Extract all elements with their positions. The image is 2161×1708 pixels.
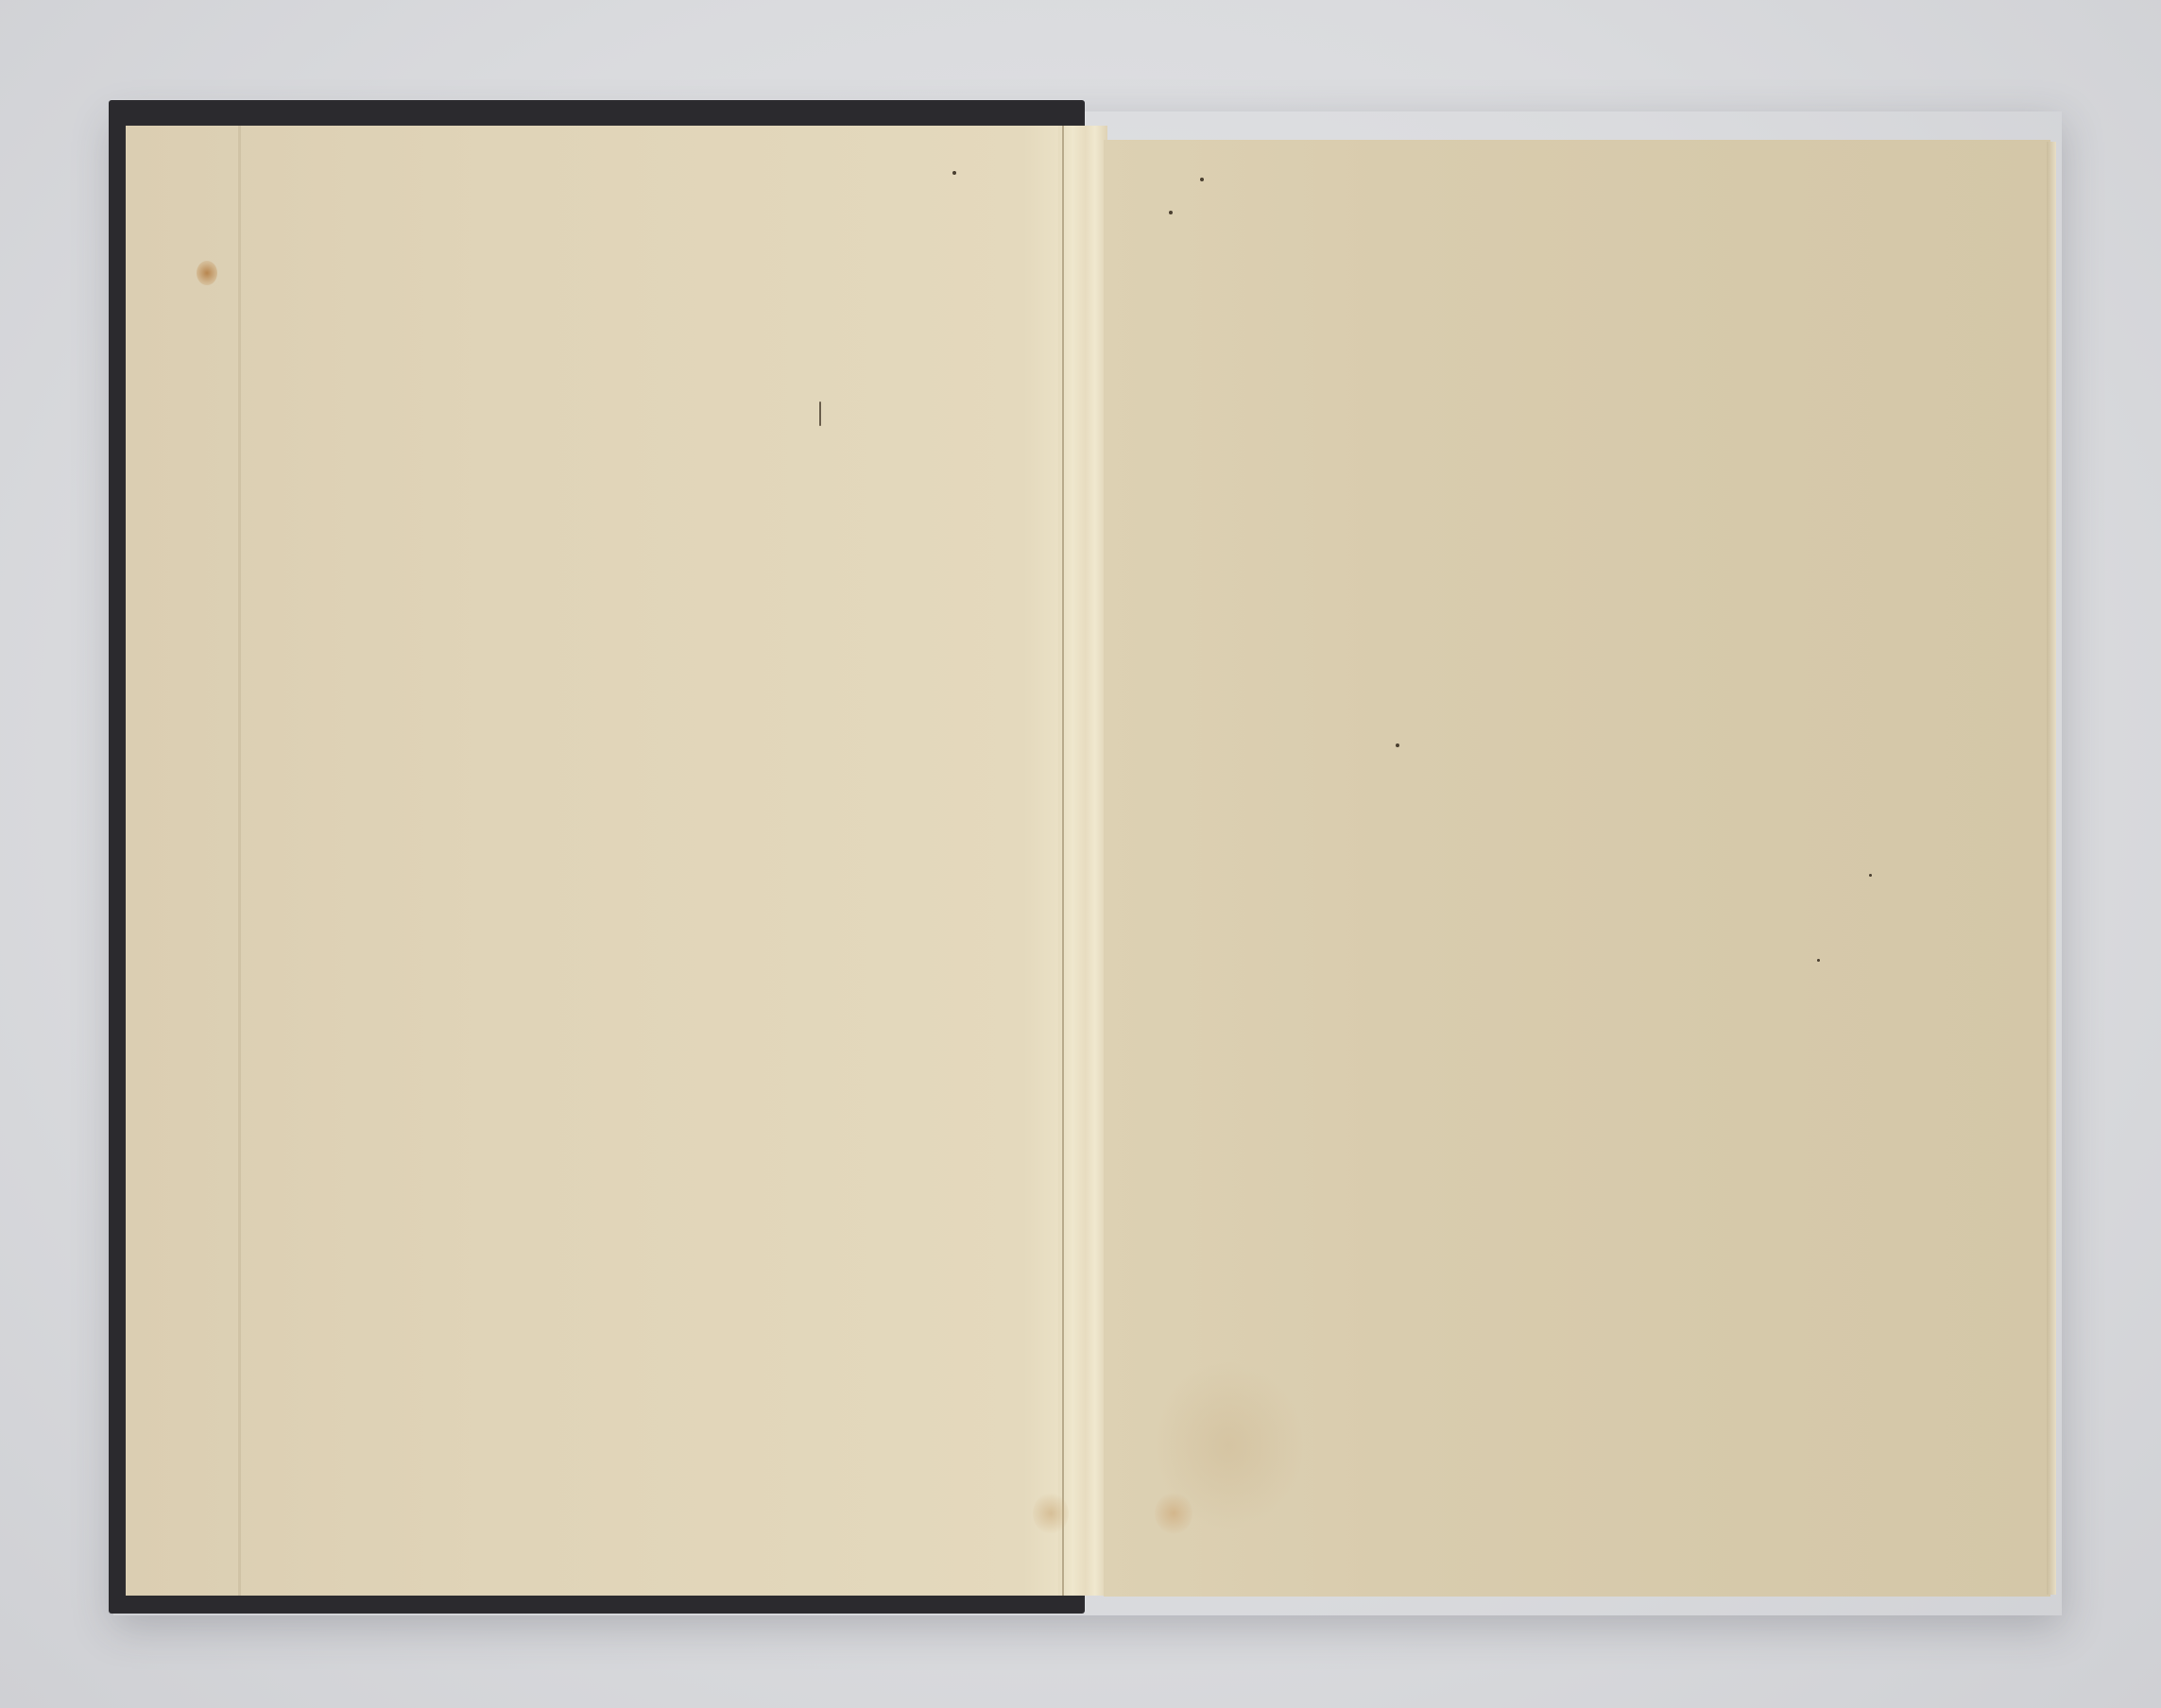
- mark-line: [819, 401, 821, 426]
- speck: [952, 171, 956, 175]
- speck: [1396, 743, 1399, 747]
- book-gutter: [1058, 126, 1107, 1596]
- foxing-stain: [1033, 1493, 1069, 1534]
- water-stain: [1153, 1360, 1304, 1530]
- speck: [1817, 959, 1820, 962]
- speck: [1169, 211, 1173, 214]
- foxing-stain: [197, 261, 217, 285]
- page-block-edge: [2047, 142, 2056, 1595]
- left-page-fold-line: [238, 126, 241, 1596]
- speck: [1200, 178, 1204, 181]
- hinge-line: [1062, 126, 1064, 1596]
- photo-scene: [0, 0, 2161, 1708]
- left-endpaper: [126, 126, 1071, 1596]
- speck: [1869, 874, 1872, 877]
